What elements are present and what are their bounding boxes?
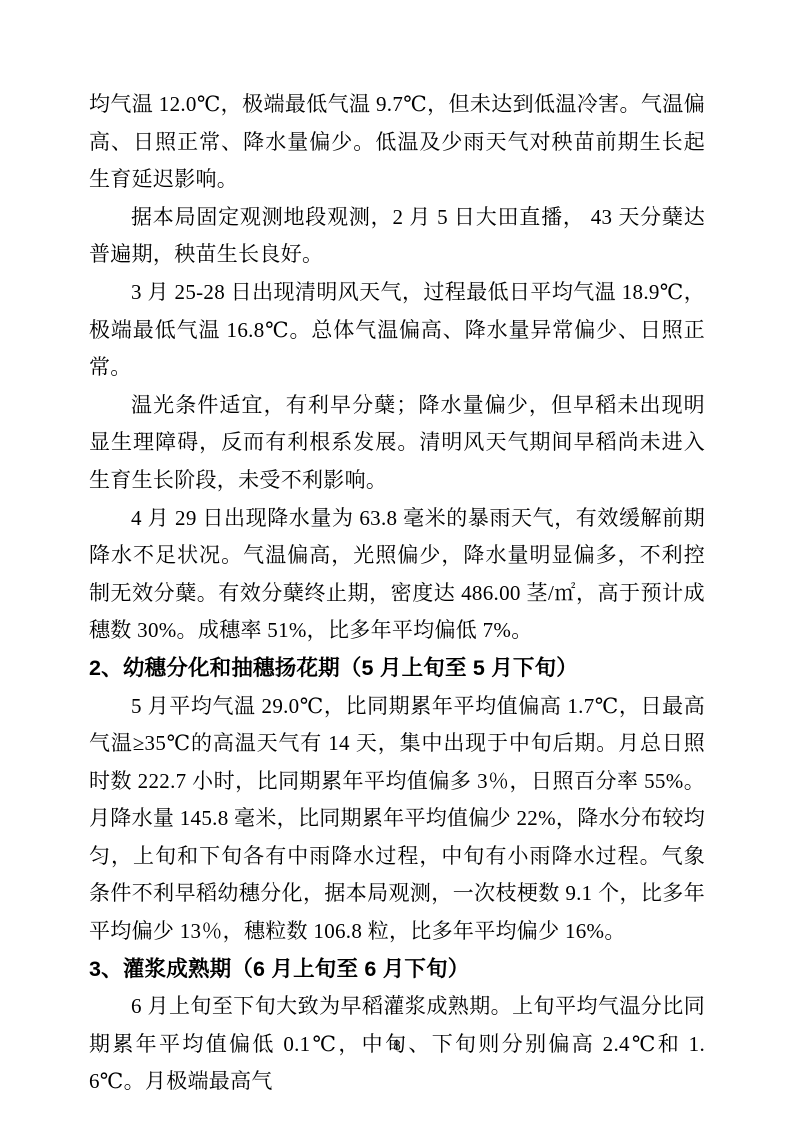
paragraph: 3 月 25-28 日出现清明风天气，过程最低日平均气温 18.9℃，极端最低气…: [89, 274, 705, 387]
paragraph: 5 月平均气温 29.0℃，比同期累年平均值偏高 1.7℃，日最高气温≥35℃的…: [89, 688, 705, 951]
section-heading-3: 3、灌浆成熟期（6 月上旬至 6 月下旬）: [89, 951, 705, 989]
document-page: 均气温 12.0℃，极端最低气温 9.7℃，但未达到低温冷害。气温偏高、日照正常…: [0, 0, 794, 1123]
page-number: 8: [0, 1036, 794, 1056]
paragraph: 温光条件适宜，有利早分蘖；降水量偏少，但早稻未出现明显生理障碍，反而有利根系发展…: [89, 387, 705, 500]
paragraph-continued: 均气温 12.0℃，极端最低气温 9.7℃，但未达到低温冷害。气温偏高、日照正常…: [89, 86, 705, 199]
paragraph: 4 月 29 日出现降水量为 63.8 毫米的暴雨天气，有效缓解前期降水不足状况…: [89, 500, 705, 650]
document-body: 均气温 12.0℃，极端最低气温 9.7℃，但未达到低温冷害。气温偏高、日照正常…: [89, 86, 705, 1101]
section-heading-2: 2、幼穗分化和抽穗扬花期（5 月上旬至 5 月下旬）: [89, 650, 705, 688]
paragraph: 据本局固定观测地段观测，2 月 5 日大田直播， 43 天分蘖达普遍期，秧苗生长…: [89, 199, 705, 274]
